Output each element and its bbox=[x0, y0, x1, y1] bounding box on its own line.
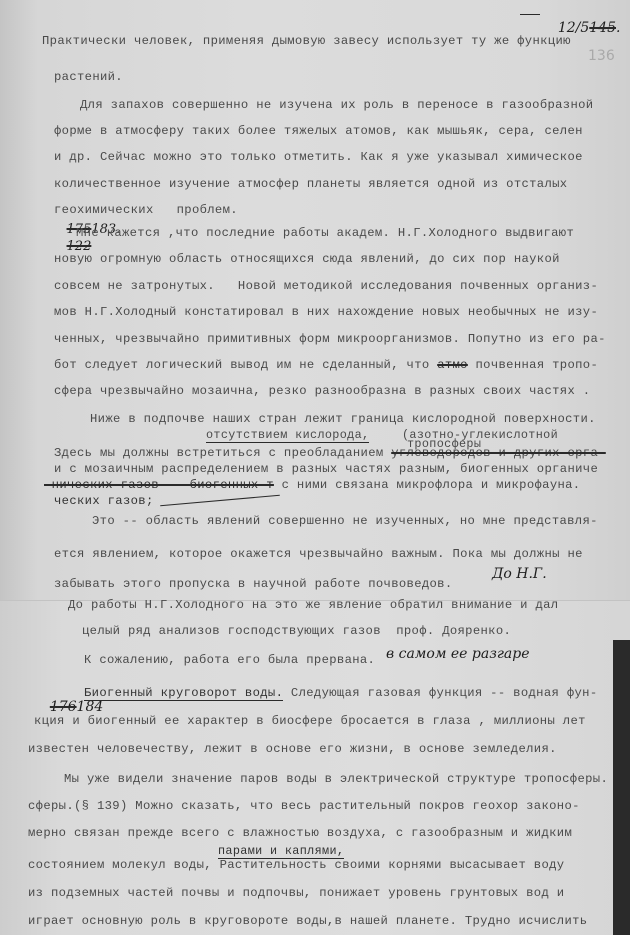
text-line: совсем не затронутых. Новой методикой ис… bbox=[54, 279, 598, 293]
scan-dark-edge bbox=[613, 640, 630, 935]
text-line: целый ряд анализов господствующих газов … bbox=[82, 624, 511, 638]
section-heading: Биогенный круговорот воды. bbox=[84, 686, 283, 701]
text-line: Для запахов совершенно не изучена их рол… bbox=[80, 98, 593, 112]
text-line: -нических-газов--- биогенных т с ними св… bbox=[44, 478, 580, 492]
lower-page-sheet bbox=[0, 600, 630, 935]
insert-phrase: парами и каплями, bbox=[218, 844, 344, 859]
text-line: ченных, чрезвычайно примитивных форм мик… bbox=[54, 332, 606, 346]
text-line: Мне кажется ,что последние работы академ… bbox=[76, 226, 574, 240]
text-line: известен человечеству, лежит в основе ег… bbox=[28, 742, 557, 756]
handwritten-note: До Н.Г. bbox=[492, 566, 547, 582]
text-line: Здесь мы должны встретиться с преобладан… bbox=[54, 446, 606, 460]
archive-page-number: 136 bbox=[588, 48, 615, 64]
text-line: состоянием молекул воды, Растительность … bbox=[28, 858, 564, 872]
text-line: сфера чрезвычайно мозаична, резко разноо… bbox=[54, 384, 590, 398]
text-line: Ниже в подпочве наших стран лежит границ… bbox=[90, 412, 596, 426]
text-segment: почвенная тропо- bbox=[468, 358, 598, 372]
struck-word: атмо bbox=[437, 358, 468, 372]
text-line: и с мозаичным распределением в разных ча… bbox=[54, 462, 598, 476]
text-line: сферы.(§ 139) Можно сказать, что весь ра… bbox=[28, 799, 580, 813]
text-line: новую огромную область относящихся сюда … bbox=[54, 252, 560, 266]
text-line: количественное изучение атмосфер планеты… bbox=[54, 177, 567, 191]
struck-phrase: углеводородов и других орга- bbox=[391, 446, 606, 460]
text-line: и др. Сейчас можно это только отметить. … bbox=[54, 150, 583, 164]
margin-number-struck: 176 bbox=[50, 699, 77, 715]
insertion-arrow bbox=[160, 495, 280, 506]
text-line: ческих газов; bbox=[54, 494, 154, 508]
text-line: мерно связан прежде всего с влажностью в… bbox=[28, 826, 572, 840]
insert-phrase: отсутствием кислорода, bbox=[206, 428, 369, 443]
text-line: Практически человек, применяя дымовую за… bbox=[42, 34, 571, 48]
page-edge-shadow bbox=[626, 0, 630, 640]
margin-number-new: 184 bbox=[77, 699, 104, 715]
page-number-struck: 145 bbox=[589, 20, 616, 36]
text-line: Это -- область явлений совершенно не изу… bbox=[92, 514, 598, 528]
inserted-text: парами и каплями, bbox=[218, 844, 344, 858]
strike-mark bbox=[520, 14, 540, 15]
text-line: Биогенный круговорот воды. Следующая газ… bbox=[84, 686, 597, 700]
text-line: мов Н.Г.Холодный констатировал в них нах… bbox=[54, 305, 598, 319]
text-line: бот следует логический вывод им не сдела… bbox=[54, 358, 598, 372]
text-segment: с ними связана микрофлора и микрофауна. bbox=[274, 478, 581, 492]
struck-phrase: -нических-газов--- биогенных т bbox=[44, 478, 274, 492]
text-line: До работы Н.Г.Холодного на это же явлени… bbox=[68, 598, 558, 612]
scanned-document-page: 12/5145. 136 Практически человек, примен… bbox=[0, 0, 630, 935]
text-line: кция и биогенный ее характер в биосфере … bbox=[34, 714, 586, 728]
text-line: из подземных частей почвы и подпочвы, по… bbox=[28, 886, 564, 900]
text-line: играет основную роль в круговороте воды,… bbox=[28, 914, 587, 928]
text-segment: Следующая газовая функция -- водная фун- bbox=[283, 686, 597, 700]
text-segment: бот следует логический вывод им не сдела… bbox=[54, 358, 437, 372]
text-segment: Здесь мы должны встретиться с преобладан… bbox=[54, 446, 391, 460]
inserted-text: отсутствием кислорода, bbox=[206, 428, 369, 442]
text-line: К сожалению, работа его была прервана. bbox=[84, 653, 375, 667]
text-line: Мы уже видели значение паров воды в элек… bbox=[64, 772, 608, 786]
text-line: растений. bbox=[54, 70, 123, 84]
handwritten-note: в самом ее разгаре bbox=[386, 646, 530, 662]
text-line: ется явлением, которое окажется чрезвыча… bbox=[54, 547, 583, 561]
text-line: забывать этого пропуска в научной работе… bbox=[54, 577, 453, 591]
text-line: форме в атмосферу таких более тяжелых ат… bbox=[54, 124, 583, 138]
